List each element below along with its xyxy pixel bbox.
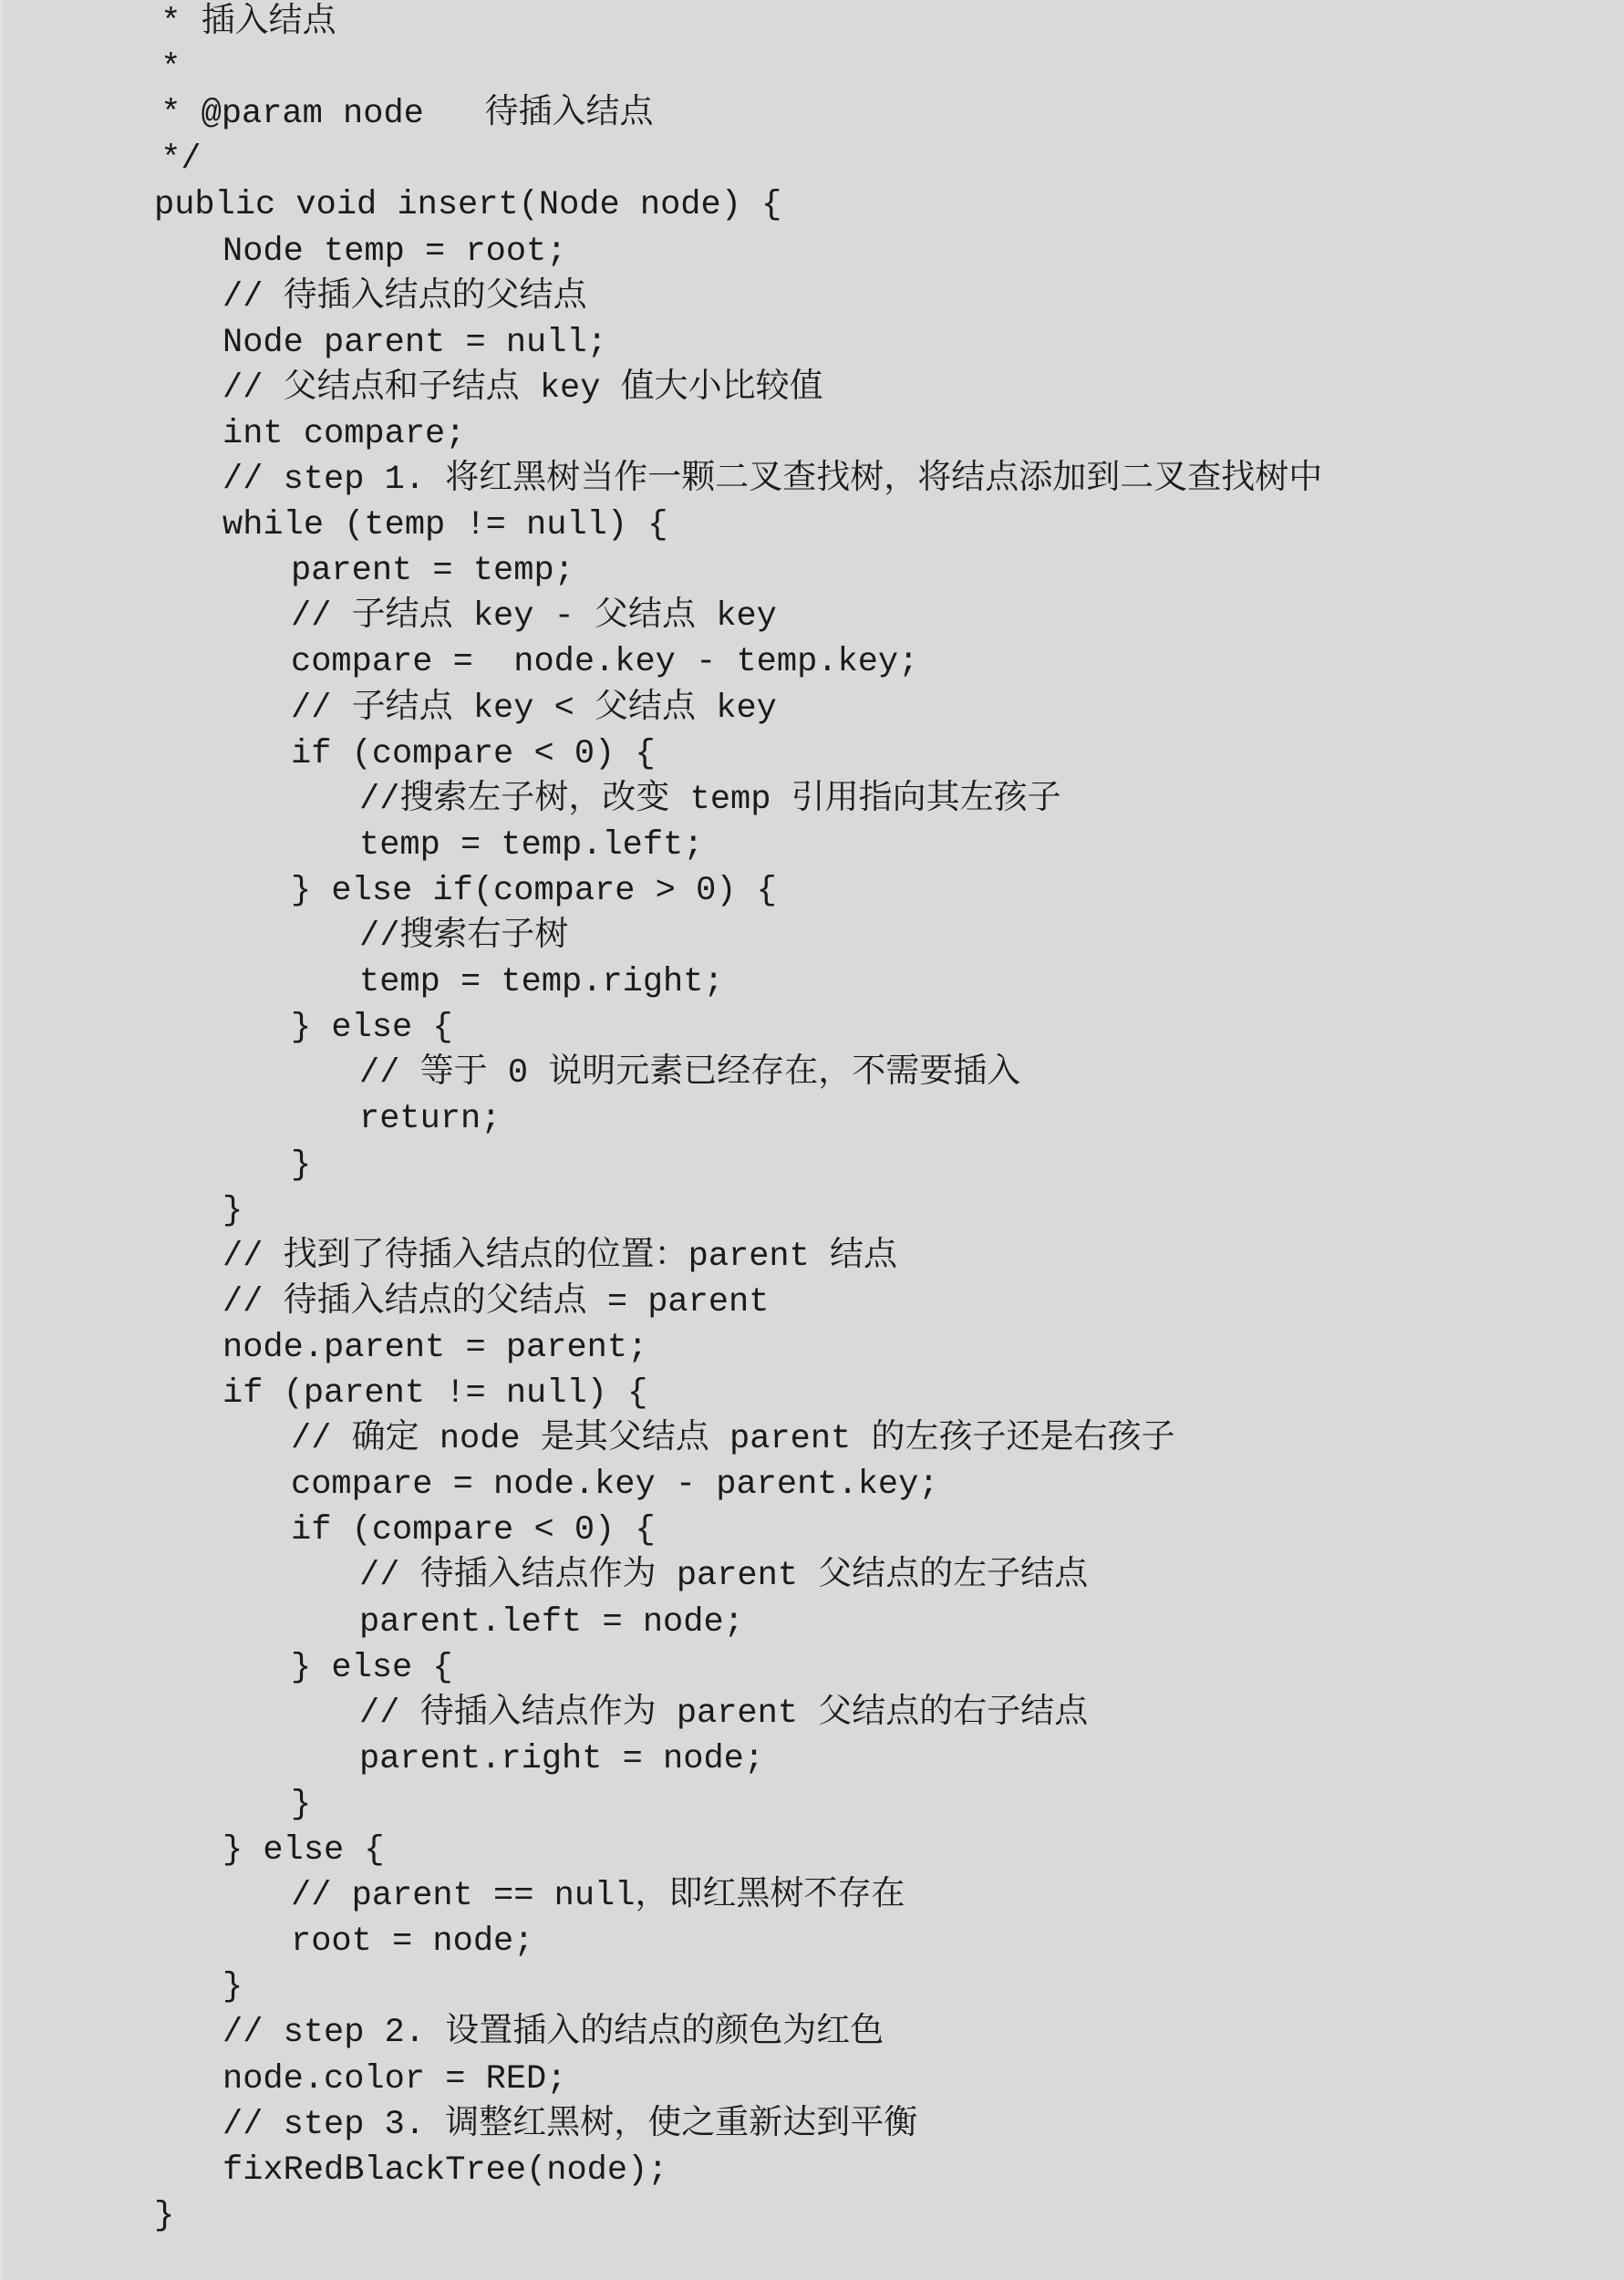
code-comment-line: // 父结点和子结点 key 值大小比较值 — [222, 366, 823, 411]
code-comment-line: // 待插入结点的父结点 = parent — [222, 1280, 769, 1325]
code-comment-line: // parent == null，即红黑树不存在 — [291, 1873, 905, 1919]
code-line: } else { — [291, 1005, 453, 1051]
code-line: parent = temp; — [291, 548, 574, 594]
code-comment-line: // 子结点 key < 父结点 key — [291, 686, 777, 731]
code-comment-line: // step 2. 设置插入的结点的颜色为红色 — [222, 2010, 884, 2056]
code-comment-line: // 确定 node 是其父结点 parent 的左孩子还是右孩子 — [291, 1416, 1174, 1462]
code-line: public void insert(Node node) { — [154, 182, 781, 228]
code-comment-line: // step 3. 调整红黑树，使之重新达到平衡 — [222, 2102, 917, 2148]
code-line: parent.right = node; — [359, 1736, 764, 1782]
code-comment-line: //搜索左子树，改变 temp 引用指向其左孩子 — [359, 777, 1061, 823]
code-line: temp = temp.left; — [359, 823, 703, 868]
code-comment-line: // 待插入结点作为 parent 父结点的右子结点 — [359, 1691, 1088, 1736]
code-line: return; — [359, 1096, 501, 1142]
code-line: node.parent = parent; — [222, 1325, 647, 1371]
code-line: } — [291, 1782, 311, 1828]
code-comment-line: // 待插入结点的父结点 — [222, 275, 587, 320]
code-comment-line: // 等于 0 说明元素已经存在，不需要插入 — [359, 1051, 1020, 1096]
code-line: int compare; — [222, 411, 465, 457]
code-line: } else { — [291, 1645, 453, 1691]
code-line: while (temp != null) { — [222, 503, 667, 548]
code-line: node.color = RED; — [222, 2057, 566, 2102]
code-line: } — [222, 1188, 243, 1234]
code-comment-line: // 待插入结点作为 parent 父结点的左子结点 — [359, 1553, 1088, 1599]
code-line: if (compare < 0) { — [291, 731, 656, 777]
code-line: compare = node.key - parent.key; — [291, 1462, 939, 1508]
code-comment-line: */ — [140, 137, 202, 182]
code-line: parent.left = node; — [359, 1600, 744, 1645]
code-comment-line: * @param node 待插入结点 — [140, 91, 653, 137]
code-line: } — [222, 1964, 243, 2010]
code-comment-line: // 子结点 key - 父结点 key — [291, 594, 777, 639]
code-comment-line: // 找到了待插入结点的位置：parent 结点 — [222, 1234, 897, 1280]
code-line: Node parent = null; — [222, 320, 607, 366]
page-edge — [0, 0, 4, 2280]
code-comment-line: * — [140, 46, 181, 91]
code-comment-line: // step 1. 将红黑树当作一颗二叉查找树，将结点添加到二叉查找树中 — [222, 457, 1322, 503]
code-line: if (parent != null) { — [222, 1371, 647, 1416]
code-line: compare = node.key - temp.key; — [291, 639, 918, 685]
code-line: fixRedBlackTree(node); — [222, 2148, 667, 2193]
code-line: temp = temp.right; — [359, 959, 724, 1005]
code-line: } else if(compare > 0) { — [291, 868, 777, 914]
code-line: root = node; — [291, 1919, 533, 1964]
code-comment-line: //搜索右子树 — [359, 914, 568, 959]
code-comment-line: * 插入结点 — [140, 0, 336, 46]
code-line: } — [154, 2193, 174, 2239]
code-line: } else { — [222, 1828, 385, 1873]
code-line: if (compare < 0) { — [291, 1508, 656, 1553]
code-line: Node temp = root; — [222, 229, 566, 275]
code-line: } — [291, 1143, 311, 1188]
